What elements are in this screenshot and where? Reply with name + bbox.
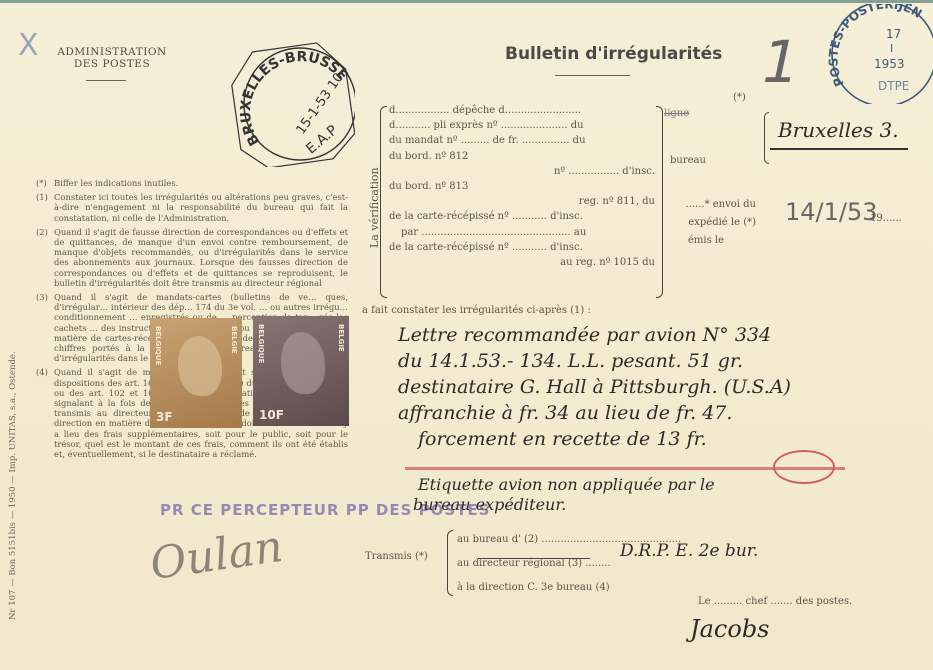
svg-text:POSTES-POSTERIJEN: POSTES-POSTERIJEN: [826, 4, 924, 89]
strike-directeur: [478, 558, 590, 559]
title-rule: [555, 75, 630, 76]
postmark-right-day: 17: [886, 27, 901, 41]
bureau-label: bureau: [670, 155, 706, 166]
header-rule: [86, 80, 126, 81]
postmark-right-month: I: [890, 42, 893, 55]
footnote: (2)Quand il s'agit de fausse direction d…: [36, 227, 348, 288]
king-portrait: [281, 332, 325, 394]
postmark-postes: POSTES-POSTERIJEN 17 I 1953 DTPE: [822, 4, 933, 104]
transmission-options: au bureau d' (2) .......................…: [457, 528, 681, 600]
irregularities-text: Lettre recommandée par avion N° 334 du 1…: [368, 322, 928, 452]
dispatch-date: 14/1/53: [785, 198, 878, 226]
year-field: 19......: [870, 213, 902, 224]
ligne-label: ligne: [664, 108, 689, 119]
footnote: (1)Constater ici toutes les irrégularité…: [36, 192, 348, 223]
verification-lines: d................. dépêche d............…: [389, 103, 655, 270]
administration-header: ADMINISTRATION DES POSTES: [42, 46, 182, 70]
postage-stamp-10f: BELGIQUE BELGIE 10F: [253, 316, 349, 426]
stamp-value: 3F: [156, 410, 173, 424]
le-line: Le ......... chef ....... des postes.: [698, 596, 852, 607]
admin-line1: ADMINISTRATION: [42, 46, 182, 58]
irregularities-intro: a fait constater les irrégularités ci-ap…: [362, 305, 591, 316]
postmark-left-date: 15-1-53 10: [294, 70, 347, 137]
bureau-value: Bruxelles 3.: [778, 118, 899, 142]
transmis-brace: [447, 530, 453, 596]
handwritten-destination: D.R.P. E. 2e bur.: [620, 541, 758, 561]
footnote: (*)Biffer les indications inutiles.: [36, 178, 348, 188]
corner-mark: X: [18, 28, 39, 63]
king-portrait: [178, 336, 222, 396]
asterisk-note: (*): [733, 92, 746, 103]
stamp-value: 10F: [259, 408, 284, 422]
postmark-bruxelles: BRUXELLES-BRUSSEL 15-1-53 10 E.A.P: [230, 42, 355, 167]
top-edge: [0, 0, 933, 3]
postmark-right-text: POSTES-POSTERIJEN: [826, 4, 924, 89]
option-direction: à la direction C. 3e bureau (4): [457, 576, 681, 600]
postage-stamp-3f: BELGIQUE BELGIE 3F: [150, 318, 242, 428]
irregularities-extra: Etiquette avion non appliquée par le bur…: [368, 475, 868, 515]
admin-line2: DES POSTES: [42, 58, 182, 70]
signature: Jacobs: [690, 615, 770, 643]
left-brace: [380, 106, 387, 298]
printer-imprint: Nr 107 — Bon 5151bis — 1950 — Imp. UNITA…: [8, 351, 18, 620]
postmark-right-footer: DTPE: [878, 79, 909, 93]
bureau-brace: [764, 112, 769, 164]
date-labels: ......* envoi du expédié le (*) émis le: [656, 196, 756, 250]
bureau-underline: [770, 148, 908, 150]
transmis-label: Transmis (*): [365, 551, 428, 562]
page-title: Bulletin d'irrégularités: [505, 44, 722, 64]
postmark-right-year: 1953: [874, 57, 905, 71]
